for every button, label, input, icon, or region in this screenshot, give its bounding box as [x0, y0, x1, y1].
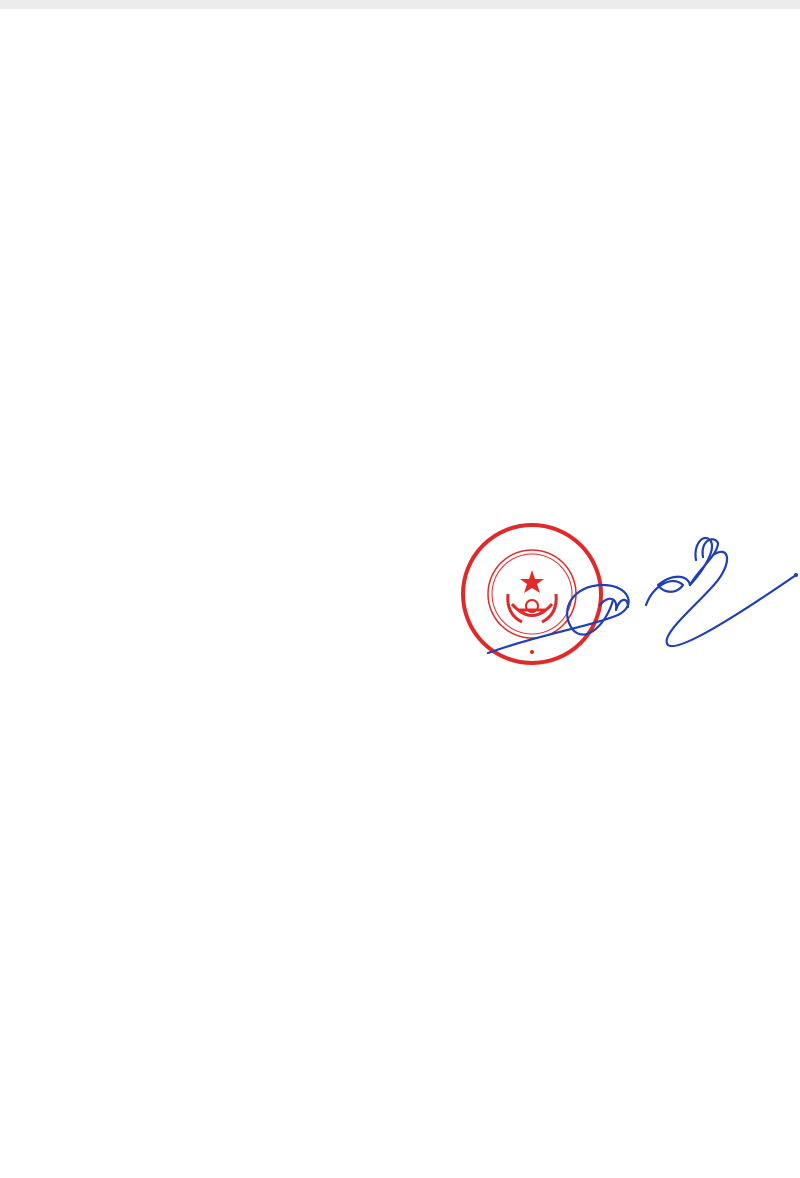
document-body — [118, 89, 755, 95]
handwritten-signature-icon — [478, 535, 800, 665]
